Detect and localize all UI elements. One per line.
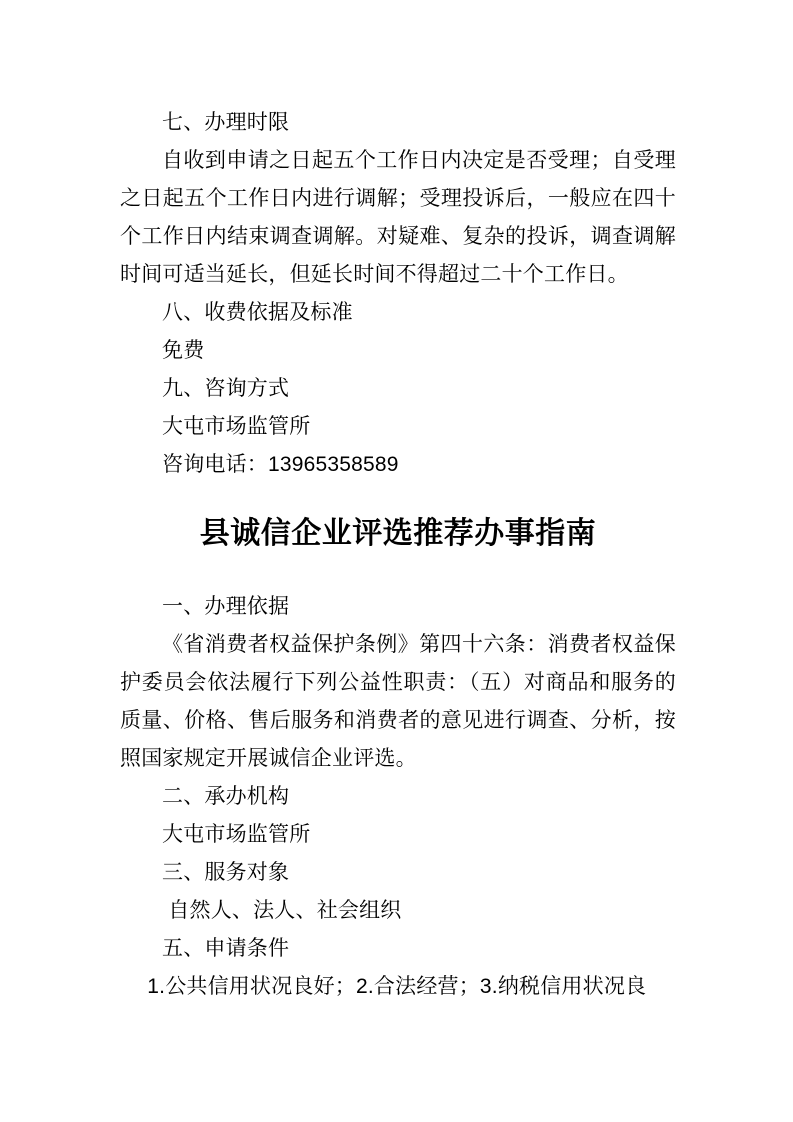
section-heading-fee-basis: 八、收费依据及标准 [120,294,676,332]
document-content: 七、办理时限 自收到申请之日起五个工作日内决定是否受理；自受理之日起五个工作日内… [120,104,676,1006]
paragraph-consult-phone: 咨询电话：13965358589 [120,446,676,484]
paragraph-service-target-body: 自然人、法人、社会组织 [120,892,676,930]
paragraph-handling-basis-body: 《省消费者权益保护条例》第四十六条：消费者权益保护委员会依法履行下列公益性职责：… [120,626,676,778]
document-page: 七、办理时限 自收到申请之日起五个工作日内决定是否受理；自受理之日起五个工作日内… [0,0,793,1122]
guide-title: 县诚信企业评选推荐办事指南 [120,510,676,558]
section-heading-application-conditions: 五、申请条件 [120,930,676,968]
paragraph-time-limit-body: 自收到申请之日起五个工作日内决定是否受理；自受理之日起五个工作日内进行调解；受理… [120,142,676,294]
section-heading-undertaking-agency: 二、承办机构 [120,778,676,816]
paragraph-fee-free: 免费 [120,332,676,370]
section-heading-consult-method: 九、咨询方式 [120,370,676,408]
paragraph-undertaking-agency-body: 大屯市场监管所 [120,816,676,854]
section-heading-time-limit: 七、办理时限 [120,104,676,142]
paragraph-application-conditions-body: 1.公共信用状况良好；2.合法经营；3.纳税信用状况良 [120,968,676,1006]
section-heading-handling-basis: 一、办理依据 [120,588,676,626]
paragraph-consult-office: 大屯市场监管所 [120,408,676,446]
section-heading-service-target: 三、服务对象 [120,854,676,892]
